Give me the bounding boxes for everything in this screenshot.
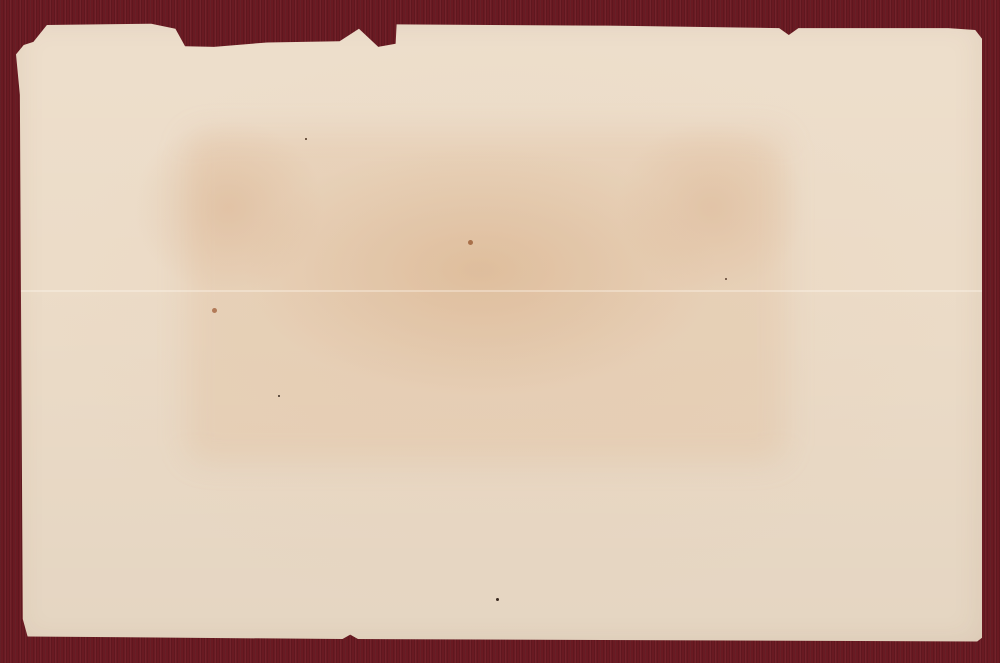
foxing-spot <box>468 240 473 245</box>
foxing-spot <box>496 598 499 601</box>
foxing-spot <box>305 138 307 140</box>
aged-paper-sheet <box>16 20 982 644</box>
fold-crease <box>16 290 982 292</box>
foxing-stain-area <box>186 132 786 462</box>
foxing-spot <box>725 278 727 280</box>
foxing-spot <box>212 308 217 313</box>
foxing-spot <box>278 395 280 397</box>
